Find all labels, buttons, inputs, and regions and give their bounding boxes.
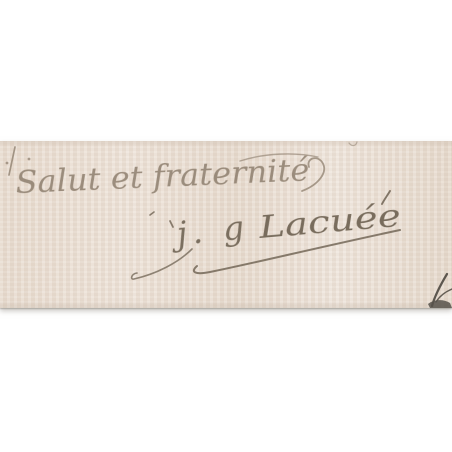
scanned-document-page: Salut et fraternité j. g Lacuée	[0, 0, 452, 452]
initial-tail-stroke	[132, 249, 192, 279]
initials-tick-mark-2	[170, 221, 173, 227]
signature-initials: j. g	[168, 207, 251, 254]
handwriting-layer: Salut et fraternité j. g Lacuée	[0, 141, 452, 308]
left-ink-dot-2	[28, 158, 31, 161]
signature-name: Lacuée	[256, 198, 402, 246]
closing-line-text: Salut et fraternité	[15, 152, 310, 201]
top-edge-mark	[349, 142, 357, 146]
initials-tick-mark	[150, 212, 154, 215]
corner-ink-blob	[428, 300, 452, 308]
paper-fragment: Salut et fraternité j. g Lacuée	[0, 141, 452, 308]
left-ink-dot	[6, 162, 9, 165]
